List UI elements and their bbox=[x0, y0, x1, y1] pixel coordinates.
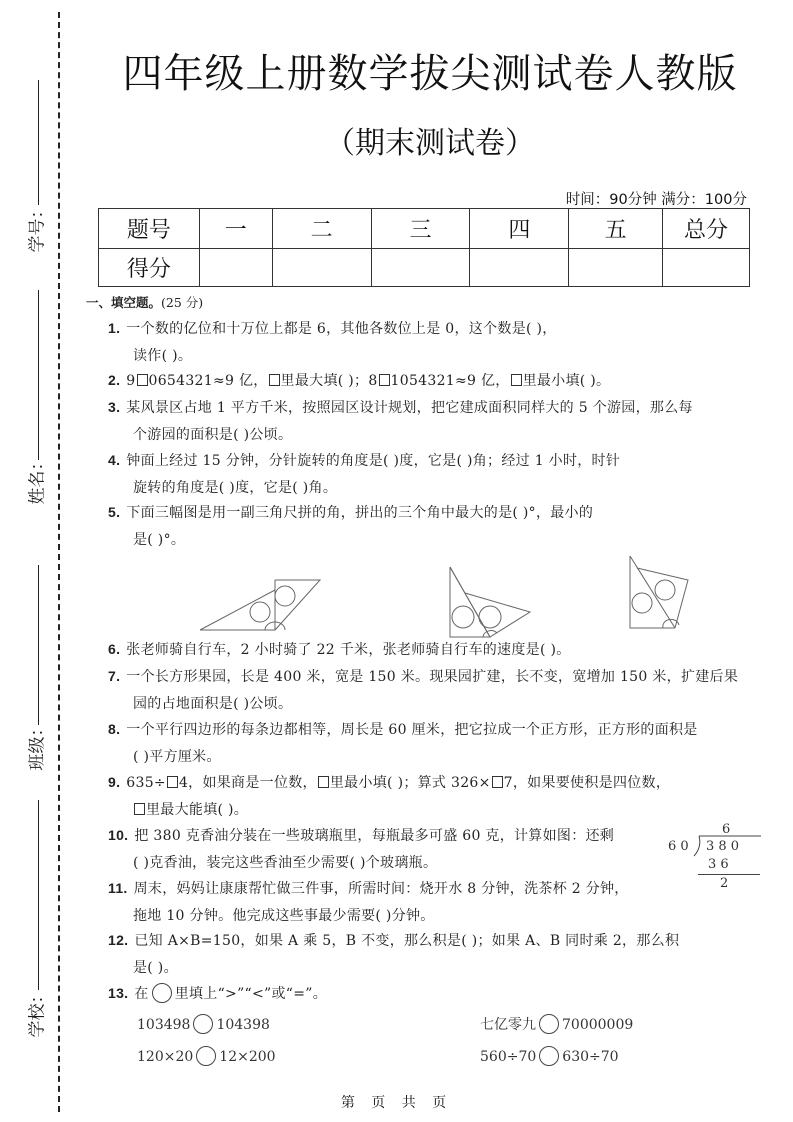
question-number: 1. bbox=[108, 320, 120, 336]
partial-product: 3 6 bbox=[708, 857, 729, 872]
column-header: 四 bbox=[470, 209, 569, 249]
question-text-continued: ( )平方厘米。 bbox=[108, 744, 758, 771]
score-cell[interactable] bbox=[663, 249, 750, 287]
time-score-info: 时间：90分钟 满分：100分 bbox=[566, 188, 747, 209]
question-text: 635÷ bbox=[126, 775, 166, 791]
question-1: 1.一个数的亿位和十万位上都是 6，其他各数位上是 0，这个数是( )， 读作(… bbox=[108, 315, 758, 370]
question-text-continued: 个游园的面积是( )公顷。 bbox=[108, 422, 758, 449]
circle-symbol bbox=[152, 983, 172, 1003]
question-number: 7. bbox=[108, 668, 120, 684]
exam-subtitle: （期末测试卷） bbox=[90, 118, 770, 162]
question-text-continued: 园的占地面积是( )公顷。 bbox=[108, 691, 758, 718]
score-cell[interactable] bbox=[272, 249, 371, 287]
comparison-item: 560÷70630÷70 bbox=[480, 1046, 619, 1066]
question-7: 7.一个长方形果园，长是 400 米，宽是 150 米。现果园扩建，长不变，宽增… bbox=[108, 663, 758, 718]
class-line[interactable] bbox=[38, 565, 39, 725]
question-4: 4.钟面上经过 15 分钟，分针旋转的角度是( )度，它是( )角；经过 1 小… bbox=[108, 447, 758, 502]
question-number: 3. bbox=[108, 399, 120, 415]
question-text: 某风景区占地 1 平方千米，按照园区设计规划，把它建成面积同样大的 5 个游园，… bbox=[126, 400, 693, 416]
column-header: 总分 bbox=[663, 209, 750, 249]
dividend: 3 8 0 bbox=[706, 839, 739, 854]
question-number: 10. bbox=[108, 827, 128, 843]
question-text-continued: 读作( )。 bbox=[108, 343, 758, 370]
question-number: 4. bbox=[108, 452, 120, 468]
question-text-continued: ( )克香油，装完这些香油至少需要( )个玻璃瓶。 bbox=[108, 850, 668, 877]
section-title: 一、填空题。 bbox=[86, 295, 161, 310]
square-symbol bbox=[318, 776, 329, 788]
score-cell[interactable] bbox=[371, 249, 470, 287]
answer-box[interactable] bbox=[379, 374, 390, 386]
comparison-left: 七亿零九 bbox=[480, 1017, 536, 1033]
school-line[interactable] bbox=[38, 800, 39, 990]
figure-3-triangles bbox=[625, 553, 695, 633]
question-text: 钟面上经过 15 分钟，分针旋转的角度是( )度，它是( )角；经过 1 小时，… bbox=[126, 453, 620, 469]
comparison-right: 12×200 bbox=[219, 1049, 275, 1065]
question-text: 0654321≈9 亿， bbox=[149, 373, 268, 389]
question-text: 里填上“>”“<”或“=”。 bbox=[175, 986, 327, 1002]
name-field[interactable]: 姓名： bbox=[10, 290, 50, 510]
score-cell[interactable] bbox=[199, 249, 272, 287]
comparison-answer-circle[interactable] bbox=[539, 1014, 559, 1034]
square-symbol bbox=[134, 803, 145, 815]
question-number: 13. bbox=[108, 985, 128, 1001]
section-heading: 一、填空题。(25 分) bbox=[86, 293, 203, 311]
question-text: 张老师骑自行车，2 小时骑了 22 千米，张老师骑自行车的速度是( )。 bbox=[126, 642, 570, 658]
binding-dashed-line bbox=[58, 12, 60, 1112]
long-division-figure: 6 6 0 3 8 0 3 6 2 bbox=[668, 822, 768, 892]
row-header-score: 得分 bbox=[99, 249, 200, 287]
score-table: 题号 一 二 三 四 五 总分 得分 bbox=[98, 208, 750, 287]
question-text: 已知 A×B=150，如果 A 乘 5，B 不变，那么积是( )；如果 A、B … bbox=[134, 933, 679, 949]
question-text-continued: 拖地 10 分钟。他完成这些事最少需要( )分钟。 bbox=[108, 903, 668, 930]
question-number: 6. bbox=[108, 641, 120, 657]
question-text-continued: 旋转的角度是( )度，它是( )角。 bbox=[108, 475, 758, 502]
question-text: 里最小填( )；算式 326× bbox=[330, 775, 491, 791]
question-text: 一个长方形果园，长是 400 米，宽是 150 米。现果园扩建，长不变，宽增加 … bbox=[126, 669, 738, 685]
column-header: 五 bbox=[569, 209, 663, 249]
question-text: 里最小填( )。 bbox=[523, 373, 611, 389]
question-8: 8.一个平行四边形的每条边都相等，周长是 60 厘米，把它拉成一个正方形，正方形… bbox=[108, 716, 758, 771]
comparison-left: 120×20 bbox=[137, 1049, 193, 1065]
question-number: 5. bbox=[108, 504, 120, 520]
figure-2-triangles bbox=[445, 562, 545, 640]
class-label: 班级： bbox=[23, 741, 48, 771]
question-text: 在 bbox=[134, 986, 148, 1002]
comparison-answer-circle[interactable] bbox=[539, 1046, 559, 1066]
comparison-item: 七亿零九70000009 bbox=[480, 1014, 633, 1034]
score-cell[interactable] bbox=[569, 249, 663, 287]
page-footer: 第 页 共 页 bbox=[0, 1092, 793, 1112]
question-text: 把 380 克香油分装在一些玻璃瓶里，每瓶最多可盛 60 克，计算如图：还剩 bbox=[134, 828, 614, 844]
comparison-answer-circle[interactable] bbox=[193, 1014, 213, 1034]
question-text: 9 bbox=[126, 373, 135, 389]
row-header-question-number: 题号 bbox=[99, 209, 200, 249]
question-number: 9. bbox=[108, 774, 120, 790]
comparison-right: 104398 bbox=[216, 1017, 269, 1033]
square-symbol bbox=[269, 374, 280, 386]
question-text: 下面三幅图是用一副三角尺拼的角，拼出的三个角中最大的是( )°，最小的 bbox=[126, 505, 593, 521]
answer-box[interactable] bbox=[492, 776, 503, 788]
question-13: 13.在里填上“>”“<”或“=”。 bbox=[108, 980, 758, 1008]
question-text: 4，如果商是一位数， bbox=[179, 775, 317, 791]
question-2: 2.90654321≈9 亿，里最大填( )；81054321≈9 亿，里最小填… bbox=[108, 367, 758, 395]
comparison-item: 120×2012×200 bbox=[137, 1046, 276, 1066]
question-text-continued: 是( )°。 bbox=[108, 527, 758, 554]
divisor: 6 0 bbox=[668, 839, 689, 854]
question-number: 2. bbox=[108, 372, 120, 388]
score-row: 得分 bbox=[99, 249, 750, 287]
school-label: 学校： bbox=[23, 1008, 48, 1038]
question-number: 11. bbox=[108, 880, 128, 896]
question-9: 9.635÷4，如果商是一位数，里最小填( )；算式 326×7，如果要使积是四… bbox=[108, 769, 758, 824]
comparison-right: 70000009 bbox=[562, 1017, 633, 1033]
remainder: 2 bbox=[720, 876, 728, 891]
comparison-answer-circle[interactable] bbox=[196, 1046, 216, 1066]
question-6: 6.张老师骑自行车，2 小时骑了 22 千米，张老师骑自行车的速度是( )。 bbox=[108, 636, 758, 664]
question-10: 10.把 380 克香油分装在一些玻璃瓶里，每瓶最多可盛 60 克，计算如图：还… bbox=[108, 822, 668, 877]
question-number-row: 题号 一 二 三 四 五 总分 bbox=[99, 209, 750, 249]
student-id-field[interactable]: 学号： bbox=[10, 80, 50, 260]
subtraction-line bbox=[698, 874, 760, 875]
question-text: 一个平行四边形的每条边都相等，周长是 60 厘米，把它拉成一个正方形，正方形的面… bbox=[126, 722, 697, 738]
score-cell[interactable] bbox=[470, 249, 569, 287]
question-text: 周末，妈妈让康康帮忙做三件事，所需时间：烧开水 8 分钟，洗茶杯 2 分钟， bbox=[134, 881, 629, 897]
comparison-left: 560÷70 bbox=[480, 1049, 536, 1065]
question-text: 里最大能填( )。 bbox=[146, 802, 248, 818]
answer-box[interactable] bbox=[137, 374, 148, 386]
question-text: 1054321≈9 亿， bbox=[391, 373, 510, 389]
name-line[interactable] bbox=[38, 290, 39, 460]
answer-box[interactable] bbox=[167, 776, 178, 788]
question-number: 8. bbox=[108, 721, 120, 737]
question-text-continued: 是( )。 bbox=[108, 955, 758, 982]
comparison-right: 630÷70 bbox=[562, 1049, 618, 1065]
question-text-continued: 里最大能填( )。 bbox=[108, 797, 758, 824]
name-label: 姓名： bbox=[23, 475, 48, 505]
figure-1-triangles bbox=[195, 575, 325, 635]
question-number: 12. bbox=[108, 932, 128, 948]
comparison-item: 103498104398 bbox=[137, 1014, 270, 1034]
student-id-label: 学号： bbox=[23, 223, 48, 253]
question-5: 5.下面三幅图是用一副三角尺拼的角，拼出的三个角中最大的是( )°，最小的 是(… bbox=[108, 499, 758, 554]
column-header: 二 bbox=[272, 209, 371, 249]
question-11: 11.周末，妈妈让康康帮忙做三件事，所需时间：烧开水 8 分钟，洗茶杯 2 分钟… bbox=[108, 875, 668, 930]
question-text: 里最大填( )；8 bbox=[281, 373, 378, 389]
question-text: 7，如果要使积是四位数， bbox=[504, 775, 671, 791]
square-symbol bbox=[511, 374, 522, 386]
exam-title: 四年级上册数学拔尖测试卷人教版 bbox=[90, 42, 770, 99]
class-field[interactable]: 班级： bbox=[10, 565, 50, 775]
column-header: 三 bbox=[371, 209, 470, 249]
column-header: 一 bbox=[199, 209, 272, 249]
question-text: 一个数的亿位和十万位上都是 6，其他各数位上是 0，这个数是( )， bbox=[126, 321, 556, 337]
question-12: 12.已知 A×B=150，如果 A 乘 5，B 不变，那么积是( )；如果 A… bbox=[108, 927, 758, 982]
section-points: (25 分) bbox=[161, 295, 203, 310]
question-3: 3.某风景区占地 1 平方千米，按照园区设计规划，把它建成面积同样大的 5 个游… bbox=[108, 394, 758, 449]
student-id-line[interactable] bbox=[38, 80, 39, 205]
school-field[interactable]: 学校： bbox=[10, 800, 50, 1040]
comparison-left: 103498 bbox=[137, 1017, 190, 1033]
